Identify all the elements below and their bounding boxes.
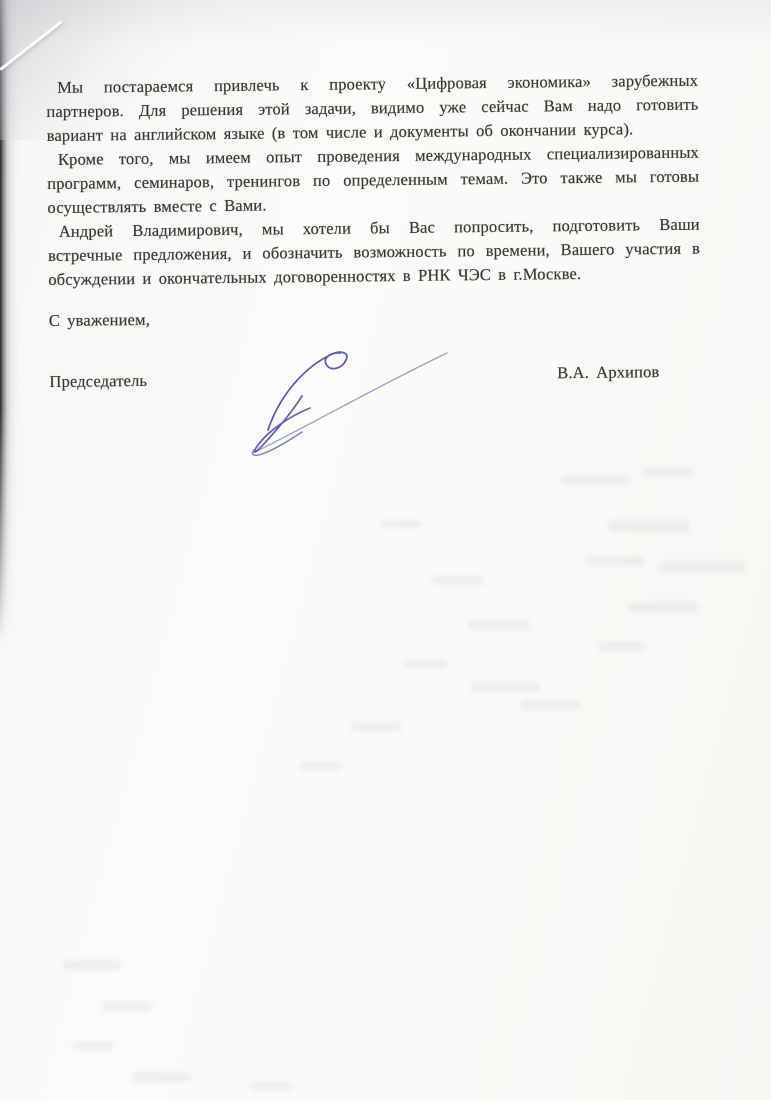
signer-name: В.А. Архипов	[557, 360, 659, 385]
signer-title: Председатель	[49, 369, 147, 394]
paragraph-2: Кроме того, мы имеем опыт проведения меж…	[47, 141, 700, 220]
top-scan-shadow	[0, 0, 771, 46]
paragraph-3: Андрей Владимирович, мы хотели бы Вас по…	[48, 213, 701, 292]
paragraph-1: Мы постараемся привлечь к проекту «Цифро…	[46, 69, 699, 148]
closing-salutation: С уважением,	[49, 302, 701, 333]
scanned-letter-page: Мы постараемся привлечь к проекту «Цифро…	[0, 0, 771, 1100]
handwritten-signature	[235, 338, 535, 473]
